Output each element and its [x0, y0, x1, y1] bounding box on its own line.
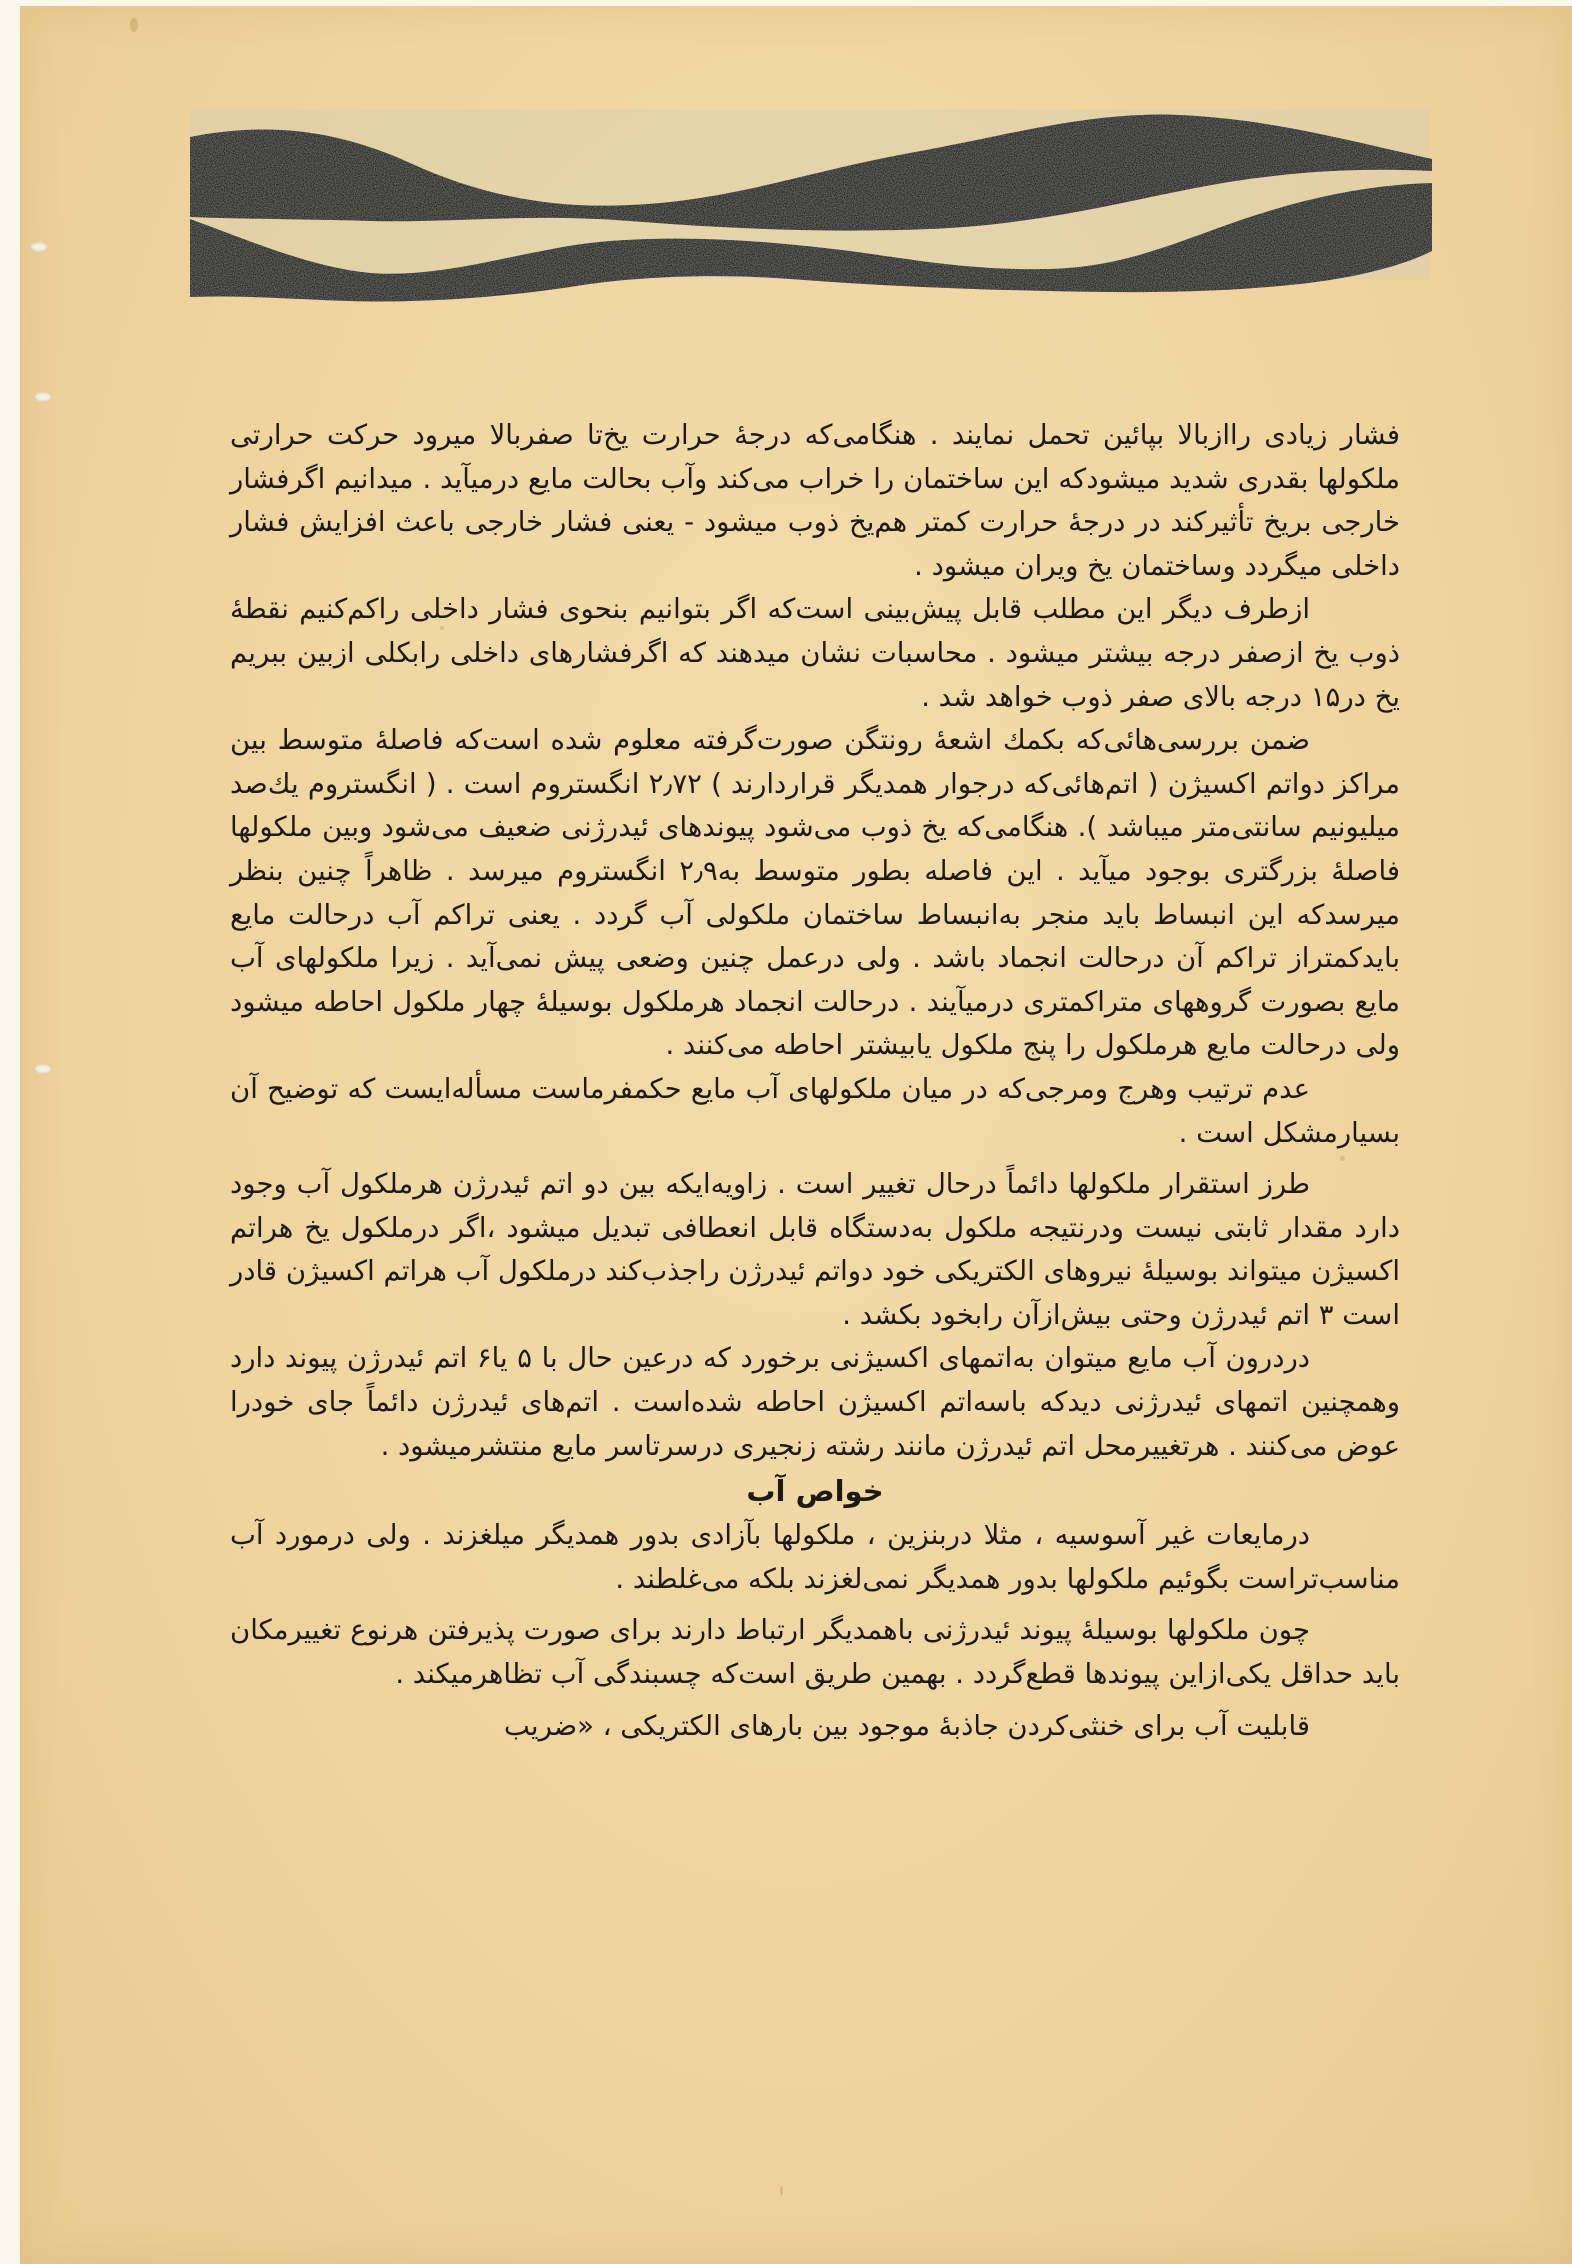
paper-speck — [780, 2186, 783, 2196]
text-line: اتم ئیدرژن مانند رشته زنجیری درسرتاسر ما… — [381, 1430, 1075, 1462]
text-line: بلکه می‌غلطند . — [615, 1563, 794, 1595]
double-wave-ornament-icon — [150, 101, 1440, 311]
paragraph: درمایعات غیر آسوسیه ، مثلا دربنزین ، ملک… — [230, 1514, 1400, 1601]
text-line: ولی درحالت مایع هرملکول را پنج ملکول یاب… — [665, 1029, 1400, 1061]
text-line: داخلی میگردد وساختمان یخ ویران میشود . — [914, 550, 1400, 582]
paragraph: ازطرف دیگر این مطلب قابل پیش‌بینی است‌که… — [230, 588, 1400, 719]
text-line: ازطرف دیگر این مطلب قابل پیش‌بینی است‌که… — [489, 593, 1310, 625]
paragraph: چون ملکولها بوسیلهٔ پیوند ئیدرژنی باهمدی… — [230, 1609, 1400, 1696]
text-line: متراکمتری درمیآیند . درحالت انجماد هرملک… — [230, 986, 1143, 1018]
binding-hole — [34, 1064, 52, 1074]
text-line: قابلیت آب برای خنثی‌کردن جاذبهٔ موجود بی… — [504, 1710, 1310, 1742]
text-line: چون ملکولها بوسیلهٔ پیوند ئیدرژنی باهمدی… — [524, 1614, 1310, 1646]
body-text: فشار زیادی راازبالا بپائین تحمل نمایند .… — [230, 414, 1400, 1748]
scanned-page: فشار زیادی راازبالا بپائین تحمل نمایند .… — [20, 6, 1572, 2264]
paragraph: ضمن بررسی‌هائی‌که بکمك اشعهٔ رونتگن صورت… — [230, 719, 1400, 1068]
binding-hole — [30, 242, 48, 252]
paragraph: دردرون آب مایع میتوان به‌اتمهای اکسیژنی … — [230, 1337, 1400, 1468]
wave-banner — [150, 101, 1440, 311]
text-line: بوجود میآید . این فاصله بطور متوسط به۲٫۹… — [297, 855, 1210, 887]
paper-speck — [130, 18, 138, 32]
text-line: درمایعات غیر آسوسیه ، مثلا دربنزین ، ملک… — [536, 1519, 1310, 1551]
paragraph: عدم ترتیب وهرج ومرجی‌که در میان ملکولهای… — [230, 1068, 1400, 1155]
paragraph: طرز استقرار ملکولها دائماً درحال تغییر ا… — [230, 1163, 1400, 1337]
text-line: ذوب خواهد شد . — [921, 681, 1113, 713]
paragraph: فشار زیادی راازبالا بپائین تحمل نمایند .… — [230, 414, 1400, 588]
paragraph: قابلیت آب برای خنثی‌کردن جاذبهٔ موجود بی… — [230, 1705, 1400, 1749]
text-line: درجهٔ حرارت کمتر هم‌یخ ذوب میشود - یعنی … — [230, 506, 1125, 538]
section-heading: خواص آب — [230, 1468, 1400, 1514]
text-line: عدم ترتیب وهرج ومرجی‌که در میان ملکولهای… — [531, 1073, 1310, 1105]
text-line: است ۳ اتم ئیدرژن وحتی بیش‌ازآن رابخود بک… — [842, 1299, 1400, 1331]
text-line: نیروهای الکتریکی خود دواتم ئیدرژن راجذب‌… — [230, 1255, 1132, 1287]
text-line: فشار زیادی راازبالا بپائین تحمل نمایند .… — [490, 419, 1400, 451]
binding-hole — [34, 392, 52, 402]
text-line: ضمن بررسی‌هائی‌که بکمك اشعهٔ رونتگن صورت… — [454, 724, 1310, 756]
text-line: است‌که چسبندگی آب تظاهرمیکند . — [395, 1658, 796, 1690]
text-line: طرز استقرار ملکولها دائماً درحال تغییر ا… — [540, 1168, 1310, 1200]
text-line: دردرون آب مایع میتوان به‌اتمهای اکسیژنی … — [542, 1342, 1310, 1374]
